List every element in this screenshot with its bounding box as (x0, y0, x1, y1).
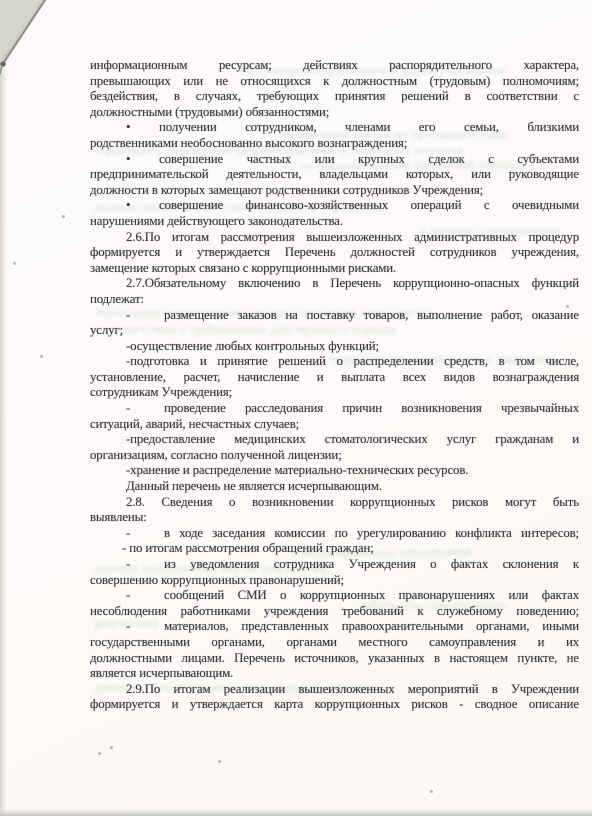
scan-speck (430, 790, 433, 793)
document-text-block: информационным ресурсам; действиях распо… (90, 58, 579, 713)
line-text: размещение заказов на поставку товаров, … (164, 308, 579, 322)
text-line: - по итогам рассмотрения обращений гражд… (90, 541, 579, 557)
text-line: 2.8. Сведения о возникновении коррупцион… (90, 495, 579, 511)
text-line: информационным ресурсам; действиях распо… (90, 58, 579, 74)
text-line: формируется и утверждается Перечень долж… (90, 245, 579, 261)
text-line: 2.6.По итогам рассмотрения вышеизложенны… (90, 230, 579, 246)
bullet-icon: • (126, 120, 159, 136)
text-line: -проведение расследования причин возникн… (90, 401, 579, 417)
text-line: должностными лицами. Перечень источников… (90, 651, 579, 667)
text-line: 2.9.По итогам реализации вышеизложенных … (90, 682, 579, 698)
text-line: -материалов, представленных правоохранит… (90, 619, 579, 635)
text-line: -в ходе заседания комиссии по урегулиров… (90, 526, 579, 542)
scan-speck (98, 752, 101, 755)
dash-marker: - (126, 619, 164, 635)
text-line: должностными (трудовыми) обязанностями; (90, 105, 579, 121)
text-line: Данный перечень не является исчерпывающи… (90, 479, 579, 495)
text-line: -из уведомления сотрудника Учреждения о … (90, 557, 579, 573)
text-line: •совершение финансово-хозяйственных опер… (90, 198, 579, 214)
scan-speck (218, 760, 221, 763)
text-line: •совершение частных или крупных сделок с… (90, 152, 579, 168)
text-line: должности в которых замещают родственник… (90, 183, 579, 199)
text-line: несоблюдения работниками учреждения треб… (90, 604, 579, 620)
scan-speck (110, 746, 113, 749)
text-line: -размещение заказов на поставку товаров,… (90, 308, 579, 324)
text-line: организациям, согласно полученной лиценз… (90, 448, 579, 464)
dash-marker: - (126, 557, 164, 573)
text-line: превышающих или не относящихся к должнос… (90, 74, 579, 90)
dash-marker: - (126, 401, 164, 417)
line-text: совершение частных или крупных сделок с … (159, 152, 579, 166)
line-text: проведение расследования причин возникно… (164, 401, 579, 415)
text-line: -хранение и распределение материально-те… (90, 463, 579, 479)
text-line: •получении сотрудником, членами его семь… (90, 120, 579, 136)
dash-marker: - (126, 526, 164, 542)
scanned-page: нию внутреннего контроля и аудита учрежд… (0, 0, 592, 816)
line-text: из уведомления сотрудника Учреждения о ф… (164, 557, 579, 571)
text-line: 2.7.Обязательному включению в Перечень к… (90, 276, 579, 292)
text-line: выявлены: (90, 510, 579, 526)
bullet-icon: • (126, 198, 159, 214)
text-line: сотрудникам Учреждения; (90, 385, 579, 401)
text-line: ситуаций, аварий, несчастных случаев; (90, 417, 579, 433)
dash-marker: - (126, 588, 164, 604)
text-line: формируется и утверждается карта коррупц… (90, 697, 579, 713)
text-line: нарушениями действующего законодательств… (90, 214, 579, 230)
text-line: предпринимательской деятельности, владел… (90, 167, 579, 183)
dash-marker: - (126, 308, 164, 324)
line-text: в ходе заседания комиссии по урегулирова… (164, 526, 579, 540)
text-line: -осуществление любых контрольных функций… (90, 339, 579, 355)
scan-edge-left (0, 0, 7, 816)
line-text: материалов, представленных правоохраните… (164, 619, 579, 633)
scan-edge-bottom (0, 809, 592, 816)
text-line: замещение которых связано с коррупционны… (90, 261, 579, 277)
line-text: совершение финансово-хозяйственных опера… (159, 198, 579, 212)
text-line: услуг; (90, 323, 579, 339)
text-line: родственниками необоснованно высокого во… (90, 136, 579, 152)
text-line: совершению коррупционных правонарушений; (90, 573, 579, 589)
scan-speck (13, 262, 16, 265)
text-line: государственными органами, органами мест… (90, 635, 579, 651)
scan-speck (62, 215, 65, 218)
text-line: установление, расчет, начисление и выпла… (90, 370, 579, 386)
text-line: -сообщений СМИ о коррупционных правонару… (90, 588, 579, 604)
scan-speck (40, 355, 43, 358)
page-fold-corner-icon (0, 0, 70, 84)
text-line: является исчерпывающим. (90, 666, 579, 682)
bullet-icon: • (126, 152, 159, 168)
line-text: сообщений СМИ о коррупционных правонаруш… (164, 588, 579, 602)
line-text: получении сотрудником, членами его семьи… (159, 120, 579, 134)
text-line: -предоставление медицинских стоматологич… (90, 432, 579, 448)
text-line: подлежат: (90, 292, 579, 308)
text-line: бездействия, в случаях, требующих принят… (90, 89, 579, 105)
text-line: -подготовка и принятие решений о распред… (90, 354, 579, 370)
